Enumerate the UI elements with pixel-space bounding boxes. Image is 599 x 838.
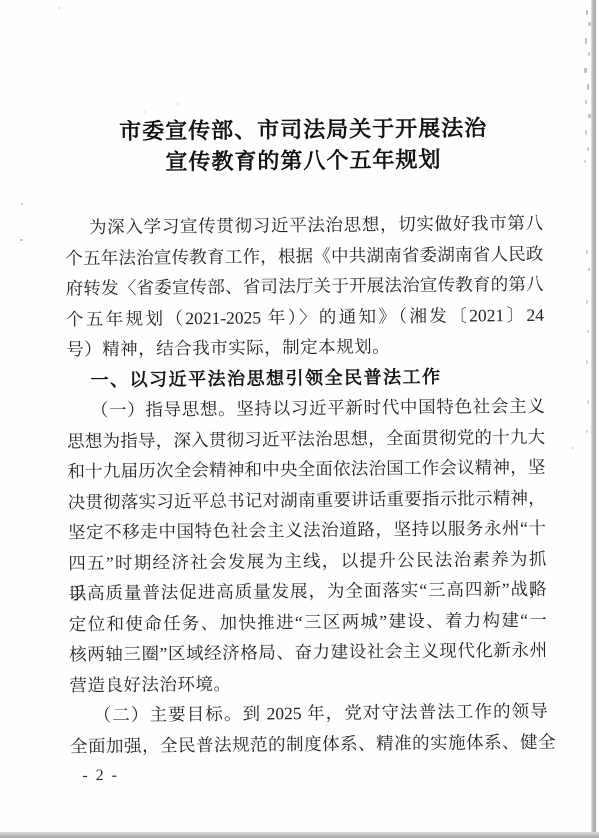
scan-edge-bottom (0, 832, 599, 838)
title-line: 市委宣传部、市司法局关于开展法治 (64, 112, 542, 148)
text-line: 决贯彻落实习近平总书记对湖南重要讲话重要指示批示精神， (68, 482, 546, 517)
scan-noise-speck (584, 68, 587, 73)
scan-noise-speck (21, 203, 23, 205)
scan-noise-speck (587, 84, 589, 90)
scan-edge-right (591, 0, 596, 838)
text-line: 四五”时期经济社会发展为主线，以提升公民法治素养为抓手， (68, 543, 546, 578)
document-content: 市委宣传部、市司法局关于开展法治宣传教育的第八个五年规划 为深入学习宣传贯彻习近… (64, 112, 548, 786)
text-line: 以高质量普法促进高质量发展，为全面落实“三高四新”战略 (68, 574, 546, 609)
text-line: 府转发〈省委宣传部、省司法厅关于开展法治宣传教育的第八 (66, 269, 544, 304)
scanned-document-page: 市委宣传部、市司法局关于开展法治宣传教育的第八个五年规划 为深入学习宣传贯彻习近… (0, 0, 599, 838)
scan-noise-speck (177, 103, 179, 105)
scan-noise-speck (586, 300, 588, 304)
scan-noise-speck (20, 239, 23, 241)
section-heading: 一、以习近平法治思想引领全民普法工作 (66, 360, 544, 395)
scan-noise-speck (586, 430, 588, 433)
text-line: 全面加强，全民普法规范的制度体系、精准的实施体系、健全 (70, 726, 548, 761)
scan-noise-speck (588, 114, 591, 118)
text-line: 为深入学习宣传贯彻习近平法治思想，切实做好我市第八 (65, 208, 543, 243)
document-title: 市委宣传部、市司法局关于开展法治宣传教育的第八个五年规划 (64, 112, 543, 179)
text-line: （二）主要目标。到 2025 年，党对守法普法工作的领导 (70, 696, 548, 731)
scan-noise-speck (585, 100, 587, 104)
scan-noise-speck (585, 38, 587, 44)
scan-noise-speck (588, 52, 590, 56)
scan-noise-speck (587, 147, 589, 151)
scan-noise-speck (58, 7, 60, 9)
text-line: 坚定不移走中国特色社会主义法治道路，坚持以服务永州“十 (68, 513, 546, 548)
scan-noise-speck (587, 330, 589, 333)
scan-noise-speck (587, 400, 589, 404)
page-number: - 2 - (70, 763, 548, 786)
document-body: 为深入学习宣传贯彻习近平法治思想，切实做好我市第八个五年法治宣传教育工作，根据《… (65, 208, 548, 762)
text-line: 思想为指导，深入贯彻习近平法治思想，全面贯彻党的十九大 (67, 421, 545, 456)
scan-noise-speck (588, 268, 590, 271)
text-line: 号）精神，结合我市实际，制定本规划。 (66, 330, 544, 365)
text-line: 核两轴三圈”区域经济格局、奋力建设社会主义现代化新永州 (69, 635, 547, 670)
scan-noise-speck (584, 160, 586, 163)
text-line: 营造良好法治环境。 (69, 665, 547, 700)
text-line: （一）指导思想。坚持以习近平新时代中国特色社会主义 (67, 391, 545, 426)
scan-noise-speck (586, 10, 588, 15)
scan-noise-speck (586, 250, 588, 254)
scan-noise-speck (144, 111, 146, 113)
title-line: 宣传教育的第八个五年规划 (64, 143, 542, 179)
scan-noise-speck (588, 22, 591, 26)
text-line: 和十九届历次全会精神和中央全面依法治国工作会议精神，坚 (67, 452, 545, 487)
text-line: 定位和使命任务、加快推进“三区两城”建设、着力构建“一 (69, 604, 547, 639)
scan-noise-speck (586, 360, 588, 364)
scan-noise-speck (585, 130, 587, 135)
text-line: 个五年规划（2021-2025 年）〉的通知》（湘发〔2021〕24 (66, 299, 544, 334)
text-line: 个五年法治宣传教育工作，根据《中共湖南省委湖南省人民政 (65, 238, 543, 273)
scan-noise-speck (572, 447, 574, 449)
